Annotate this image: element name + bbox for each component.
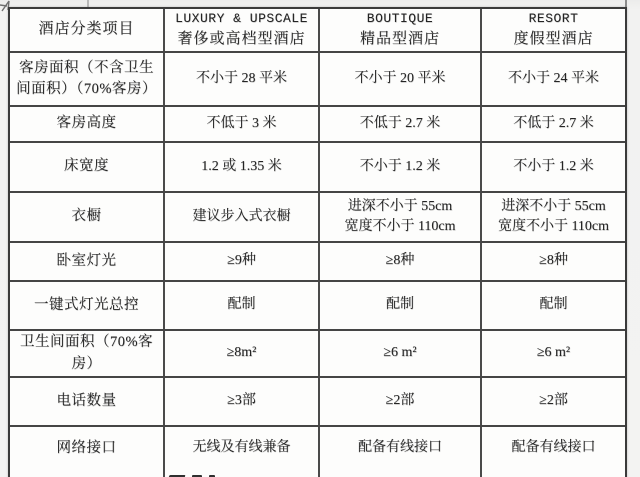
table-row: 一键式灯光总控配制配制配制 <box>10 282 625 331</box>
row-label: 电话数量 <box>10 378 165 425</box>
table-row: 衣橱建议步入式衣橱进深不小于 55cm 宽度不小于 110cm进深不小于 55c… <box>10 193 625 243</box>
cell-value: 无线及有线兼备 <box>165 427 320 470</box>
table-body: 客房面积（不含卫生间面积）（70%客房）不小于 28 平米不小于 20 平米不小… <box>10 53 625 470</box>
row-label: 客房面积（不含卫生间面积）（70%客房） <box>10 53 165 105</box>
cell-value: 不低于 2.7 米 <box>320 107 482 141</box>
cell-value: ≥6 m² <box>482 331 625 376</box>
cell-value: ≥8种 <box>320 243 482 280</box>
cell-value: ≥9种 <box>165 243 320 280</box>
row-label: 卫生间面积（70%客房） <box>10 331 165 376</box>
table-row: 卧室灯光≥9种≥8种≥8种 <box>10 243 625 282</box>
cell-value: 配制 <box>165 282 320 329</box>
cell-value: 不低于 3 米 <box>165 107 320 141</box>
cell-value: 进深不小于 55cm 宽度不小于 110cm <box>320 193 482 241</box>
row-label <box>10 470 165 477</box>
cell-value <box>320 470 482 477</box>
header-classification-items: 酒店分类项目 <box>10 9 165 51</box>
scanned-table-page: 酒店分类项目 LUXURY & UPSCALE 奢侈或高档型酒店 BOUTIQU… <box>0 0 640 477</box>
table-row: 客房高度不低于 3 米不低于 2.7 米不低于 2.7 米 <box>10 107 625 143</box>
cell-value: 建议步入式衣橱 <box>165 193 320 241</box>
cell-value: ≥2部 <box>320 378 482 425</box>
cell-value: ≥8种 <box>482 243 625 280</box>
cell-value: 不低于 2.7 米 <box>482 107 625 141</box>
row-label: 一键式灯光总控 <box>10 282 165 329</box>
header-luxury-upscale-en: LUXURY & UPSCALE <box>175 10 308 29</box>
cell-value: 进深不小于 55cm 宽度不小于 110cm <box>482 193 625 241</box>
header-boutique-zh: 精品型酒店 <box>360 29 440 50</box>
cell-value: 配制 <box>482 282 625 329</box>
cell-value: ≥6 m² <box>320 331 482 376</box>
cell-value: 1.2 或 1.35 米 <box>165 143 320 191</box>
cell-value: 配制 <box>320 282 482 329</box>
cell-value: 配备有线接口 <box>482 427 625 470</box>
header-resort-zh: 度假型酒店 <box>513 29 593 50</box>
table-row: 床宽度1.2 或 1.35 米不小于 1.2 米不小于 1.2 米 <box>10 143 625 193</box>
cell-value: 不小于 20 平米 <box>320 53 482 105</box>
hotel-classification-table: 酒店分类项目 LUXURY & UPSCALE 奢侈或高档型酒店 BOUTIQU… <box>8 7 627 477</box>
cell-value: ≥2部 <box>482 378 625 425</box>
cell-value: 不小于 24 平米 <box>482 53 625 105</box>
cell-value: 配备有线接口 <box>320 427 482 470</box>
header-boutique-en: BOUTIQUE <box>367 10 433 29</box>
cell-value: ≥3部 <box>165 378 320 425</box>
cell-value: ≥8m² <box>165 331 320 376</box>
row-label: 网络接口 <box>10 427 165 470</box>
header-luxury-upscale: LUXURY & UPSCALE 奢侈或高档型酒店 <box>165 9 320 51</box>
row-label: 卧室灯光 <box>10 243 165 280</box>
row-label: 客房高度 <box>10 107 165 141</box>
cell-value: 不小于 28 平米 <box>165 53 320 105</box>
cell-value: 不小于 1.2 米 <box>482 143 625 191</box>
table-row: 电话数量≥3部≥2部≥2部 <box>10 378 625 427</box>
table-row: 网络接口无线及有线兼备配备有线接口配备有线接口 <box>10 427 625 470</box>
cell-value <box>165 470 320 477</box>
header-luxury-upscale-zh: 奢侈或高档型酒店 <box>177 29 305 50</box>
header-resort: RESORT 度假型酒店 <box>482 9 625 51</box>
row-label: 床宽度 <box>10 143 165 191</box>
table-row-partial <box>10 470 625 477</box>
cell-value <box>482 470 625 477</box>
table-header-row: 酒店分类项目 LUXURY & UPSCALE 奢侈或高档型酒店 BOUTIQU… <box>10 9 625 53</box>
cell-value: 不小于 1.2 米 <box>320 143 482 191</box>
header-resort-en: RESORT <box>529 10 579 29</box>
header-boutique: BOUTIQUE 精品型酒店 <box>320 9 482 51</box>
table-row: 卫生间面积（70%客房）≥8m²≥6 m²≥6 m² <box>10 331 625 378</box>
row-label: 衣橱 <box>10 193 165 241</box>
table-row: 客房面积（不含卫生间面积）（70%客房）不小于 28 平米不小于 20 平米不小… <box>10 53 625 107</box>
